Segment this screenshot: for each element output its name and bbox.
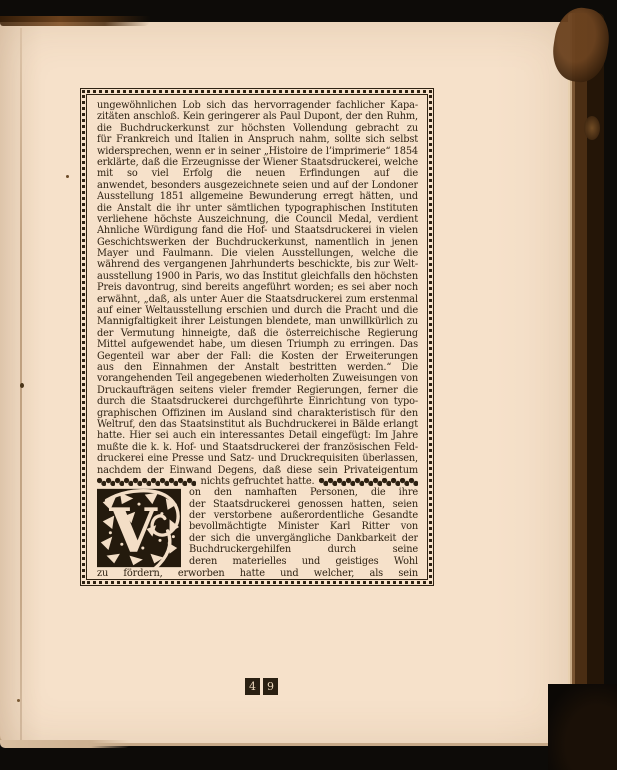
text-block: ungewöhnlichen Lob sich das hervorragend… <box>86 94 428 580</box>
page-number-digit: 4 <box>245 678 260 695</box>
text-line: vorangehenden Teil angegebenen wiederhol… <box>97 373 418 384</box>
text-line: anwendet, besonders ausgezeichnete seien… <box>97 180 418 191</box>
text-line: aus den Einnahmen der Anstalt bestritten… <box>97 362 418 373</box>
text-line: für Frankreich und Italien in Anspruch n… <box>97 134 418 145</box>
book-photo: ungewöhnlichen Lob sich das hervorragend… <box>0 0 617 770</box>
drop-cap-row: V on den namhaften Personen, die ihre Au… <box>97 487 418 568</box>
text-line: Druckaufträgen seitens vieler fremder Re… <box>97 385 418 396</box>
text-line: Geschichtswerken der Buchdruckerkunst, n… <box>97 237 418 248</box>
text-line: auf einer Weltausstellung erschien und d… <box>97 305 418 316</box>
page-stack-edge <box>0 740 130 748</box>
text-line: erklärte, daß die Erzeugnisse der Wiener… <box>97 157 418 168</box>
text-line: Mittel aufgewendet habe, um diesen Trium… <box>97 339 418 350</box>
text-line: graphischen Offizinen im Ausland sind ch… <box>97 408 418 419</box>
paper-speck <box>66 175 69 178</box>
cover-corner-bottom-right <box>548 684 617 770</box>
text-line: verliehene höchste Auszeichnung, die Cou… <box>97 214 418 225</box>
text-line: der Staatsdruckerei genossen hatten, sei… <box>189 499 418 510</box>
text-line: die Buchdruckerkunst zur höchsten Vollen… <box>97 123 418 134</box>
text-line: ausstellung 1900 in Paris, wo das Instit… <box>97 271 418 282</box>
cover-spot <box>584 116 600 140</box>
text-line: bevollmächtigte Minister Karl Ritter von… <box>189 521 418 532</box>
closing-line: zu fördern, erworben hatte und welcher, … <box>97 568 418 579</box>
main-text: ungewöhnlichen Lob sich das hervorragend… <box>97 100 418 476</box>
ornamental-border-frame: ungewöhnlichen Lob sich das hervorragend… <box>80 88 434 586</box>
paper-speck <box>20 383 24 388</box>
drop-cap-paragraph: on den namhaften Personen, die ihre Ausb… <box>189 487 418 568</box>
text-line: hatte. Hier sei auch ein interessantes D… <box>97 430 418 441</box>
text-line: Buchdruckergehilfen durch seine Bestrebu… <box>189 544 418 555</box>
page-number: 49 <box>245 678 278 695</box>
text-line: widersprechen, wenn er in seiner „Histoi… <box>97 146 418 157</box>
text-line: nachdem der Einwand Degens, daß diese se… <box>97 465 418 476</box>
text-line: der verstorbene außerordentliche Gesandt… <box>189 510 418 521</box>
cover-edge-top <box>0 16 150 26</box>
printer-ornament-run-left <box>97 478 196 486</box>
ornament-line: nichts gefruchtet hatte. <box>97 476 418 487</box>
text-line: Mannigfaltigkeit ihrer Leistungen blende… <box>97 316 418 327</box>
text-line: druckerei eine Presse und Satz- und Druc… <box>97 453 418 464</box>
text-line: die Anstalt die ihr unter sämtlichen typ… <box>97 203 418 214</box>
paper-speck <box>17 699 20 702</box>
text-line: on den namhaften Personen, die ihre Ausb… <box>189 487 418 498</box>
text-line: erwähnt, „daß, als unter Auer die Staats… <box>97 294 418 305</box>
ornament-line-text: nichts gefruchtet hatte. <box>201 476 315 487</box>
page-number-digit: 9 <box>263 678 278 695</box>
text-line: zitäten anschloß. Kein geringerer als Pa… <box>97 111 418 122</box>
printer-ornament-run-right <box>319 478 418 486</box>
border-bead-band: ungewöhnlichen Lob sich das hervorragend… <box>82 90 432 584</box>
text-line: Weltruf, den das Staatsinstitut als Buch… <box>97 419 418 430</box>
text-line: ungewöhnlichen Lob sich das hervorragend… <box>97 100 418 111</box>
text-line: Ausstellung 1851 allgemeine Bewunderung … <box>97 191 418 202</box>
text-line: Gegenteil war aber der Fall: die Kosten … <box>97 351 418 362</box>
text-line: der sich die unvergängliche Dankbarkeit … <box>189 533 418 544</box>
text-line: durch die Staatsdruckerei durchgeführte … <box>97 396 418 407</box>
text-line: mußte die k. k. Hof- und Staatsdruckerei… <box>97 442 418 453</box>
text-line: während des vergangenen Jahrhunderts bes… <box>97 259 418 270</box>
text-line: Preis davontrug, sind bereits angeführt … <box>97 282 418 293</box>
text-line: Mayer und Faulmann. Die vielen Ausstellu… <box>97 248 418 259</box>
drop-cap-letter: V <box>108 496 158 567</box>
text-line: der Vermutung hinneigte, daß die österre… <box>97 328 418 339</box>
text-line: Ähnliche Würdigung fand die Hof- und Sta… <box>97 225 418 236</box>
text-line: deren materielles und geistiges Wohl nac… <box>189 556 418 567</box>
decorated-initial-V: V <box>97 488 181 568</box>
text-line: mit so viel Erfolg die neuen Erfindungen… <box>97 168 418 179</box>
